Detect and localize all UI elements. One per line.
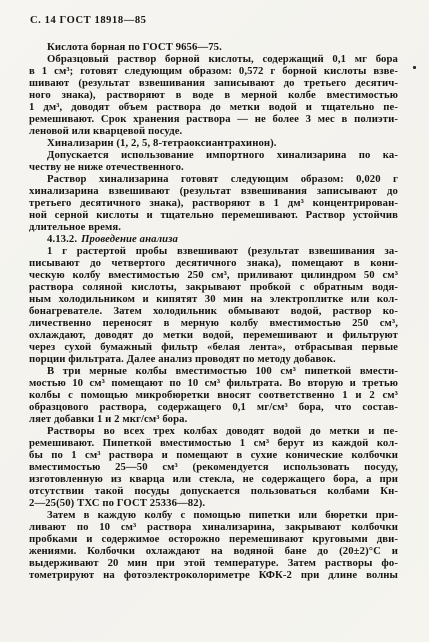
text-line: ным холодильником и кипятят 30 мин на эл… <box>29 293 398 305</box>
text-line: изготовленную из кварца или стекла, не с… <box>29 473 398 485</box>
text-line: леновой или кварцевой посуде. <box>29 125 398 137</box>
text-line: шивают (результат взвешивания записывают… <box>29 77 398 89</box>
text-line: писывают до четвертого десятичного знака… <box>29 257 398 269</box>
text-line: через сухой бумажный фильтр «белая лента… <box>29 341 398 353</box>
text-line: отсутствии такой посуды допускается поль… <box>29 485 398 497</box>
text-line: длительное время. <box>29 221 398 233</box>
text-line: ливают по 10 см³ раствора хинализарина, … <box>29 521 398 533</box>
text-line: пробками и содержимое осторожно перемеши… <box>29 533 398 545</box>
text-line: жениями. Колбочки охлаждают на водяной б… <box>29 545 398 557</box>
section-number: 4.13.2. <box>47 233 77 245</box>
text-line: В три мерные колбы вместимостью 100 см³ … <box>29 365 398 377</box>
text-line: Хинализарин (1, 2, 5, 8-тетраоксиантрахи… <box>29 137 398 149</box>
document-body: Кислота борная по ГОСТ 9656—75.Образцовы… <box>29 41 398 581</box>
text-line: бонагревателе. Затем холодильник обмываю… <box>29 305 398 317</box>
text-line: колбы с помощью микробюретки вносят соот… <box>29 389 398 401</box>
text-line: Допускается использование импортного хин… <box>29 149 398 161</box>
text-line: 1 г растертой пробы взвешивают (результа… <box>29 245 398 257</box>
document-page: С. 14 ГОСТ 18918—85 Кислота борная по ГО… <box>0 0 429 642</box>
text-line: ной серной кислоты и тщательно перемешив… <box>29 209 398 221</box>
text-line: раствора соляной кислоты, закрывают проб… <box>29 281 398 293</box>
text-line: третьего десятичного знака), растворяют … <box>29 197 398 209</box>
text-line: выдерживают 20 мин при этой температуре.… <box>29 557 398 569</box>
text-line: Раствор хинализарина готовят следующим о… <box>29 173 398 185</box>
text-line: Затем в каждую колбу с помощью пипетки и… <box>29 509 398 521</box>
text-line: тометрируют на фотоэлектроколориметре КФ… <box>29 569 398 581</box>
text-line: ного знака), растворяют в воде в мерной … <box>29 89 398 101</box>
text-line: в 1 см³; готовят следующим образом: 0,57… <box>29 65 398 77</box>
text-line: охлаждают, доводят до метки водой, перем… <box>29 329 398 341</box>
text-line: ремешивают. Пипеткой вместимостью 1 см³ … <box>29 437 398 449</box>
scan-speck <box>413 66 416 69</box>
text-line: честву не ниже отечественного. <box>29 161 398 173</box>
text-line: образцового раствора, содержащего 0,1 мг… <box>29 401 398 413</box>
section-heading: 4.13.2.Проведение анализа <box>29 233 398 245</box>
text-line: мостью 10 см³ помещают по 10 см³ фильтра… <box>29 377 398 389</box>
text-line: Растворы во всех трех колбах доводят вод… <box>29 425 398 437</box>
text-line: Кислота борная по ГОСТ 9656—75. <box>29 41 398 53</box>
page-header: С. 14 ГОСТ 18918—85 <box>30 15 147 26</box>
text-line: личественно переносят в мерную колбу вме… <box>29 317 398 329</box>
section-title: Проведение анализа <box>81 233 178 245</box>
text-line: Образцовый раствор борной кислоты, содер… <box>29 53 398 65</box>
text-line: 2—25(50) ТХС по ГОСТ 25336—82). <box>29 497 398 509</box>
text-line: вместимостью 25—50 см³ (рекомендуется ис… <box>29 461 398 473</box>
text-line: ческую колбу вместимостью 250 см³, прили… <box>29 269 398 281</box>
text-line: ляет добавки 1 и 2 мкг/см³ бора. <box>29 413 398 425</box>
text-line: хинализарина взвешивают (результат взвеш… <box>29 185 398 197</box>
text-line: бы по 1 см³ раствора и помещают в сухие … <box>29 449 398 461</box>
text-line: порции фильтрата. Далее анализ проводят … <box>29 353 398 365</box>
text-line: ремешивают. Срок хранения раствора — не … <box>29 113 398 125</box>
text-line: 1 дм³, доводят объем раствора до метки в… <box>29 101 398 113</box>
